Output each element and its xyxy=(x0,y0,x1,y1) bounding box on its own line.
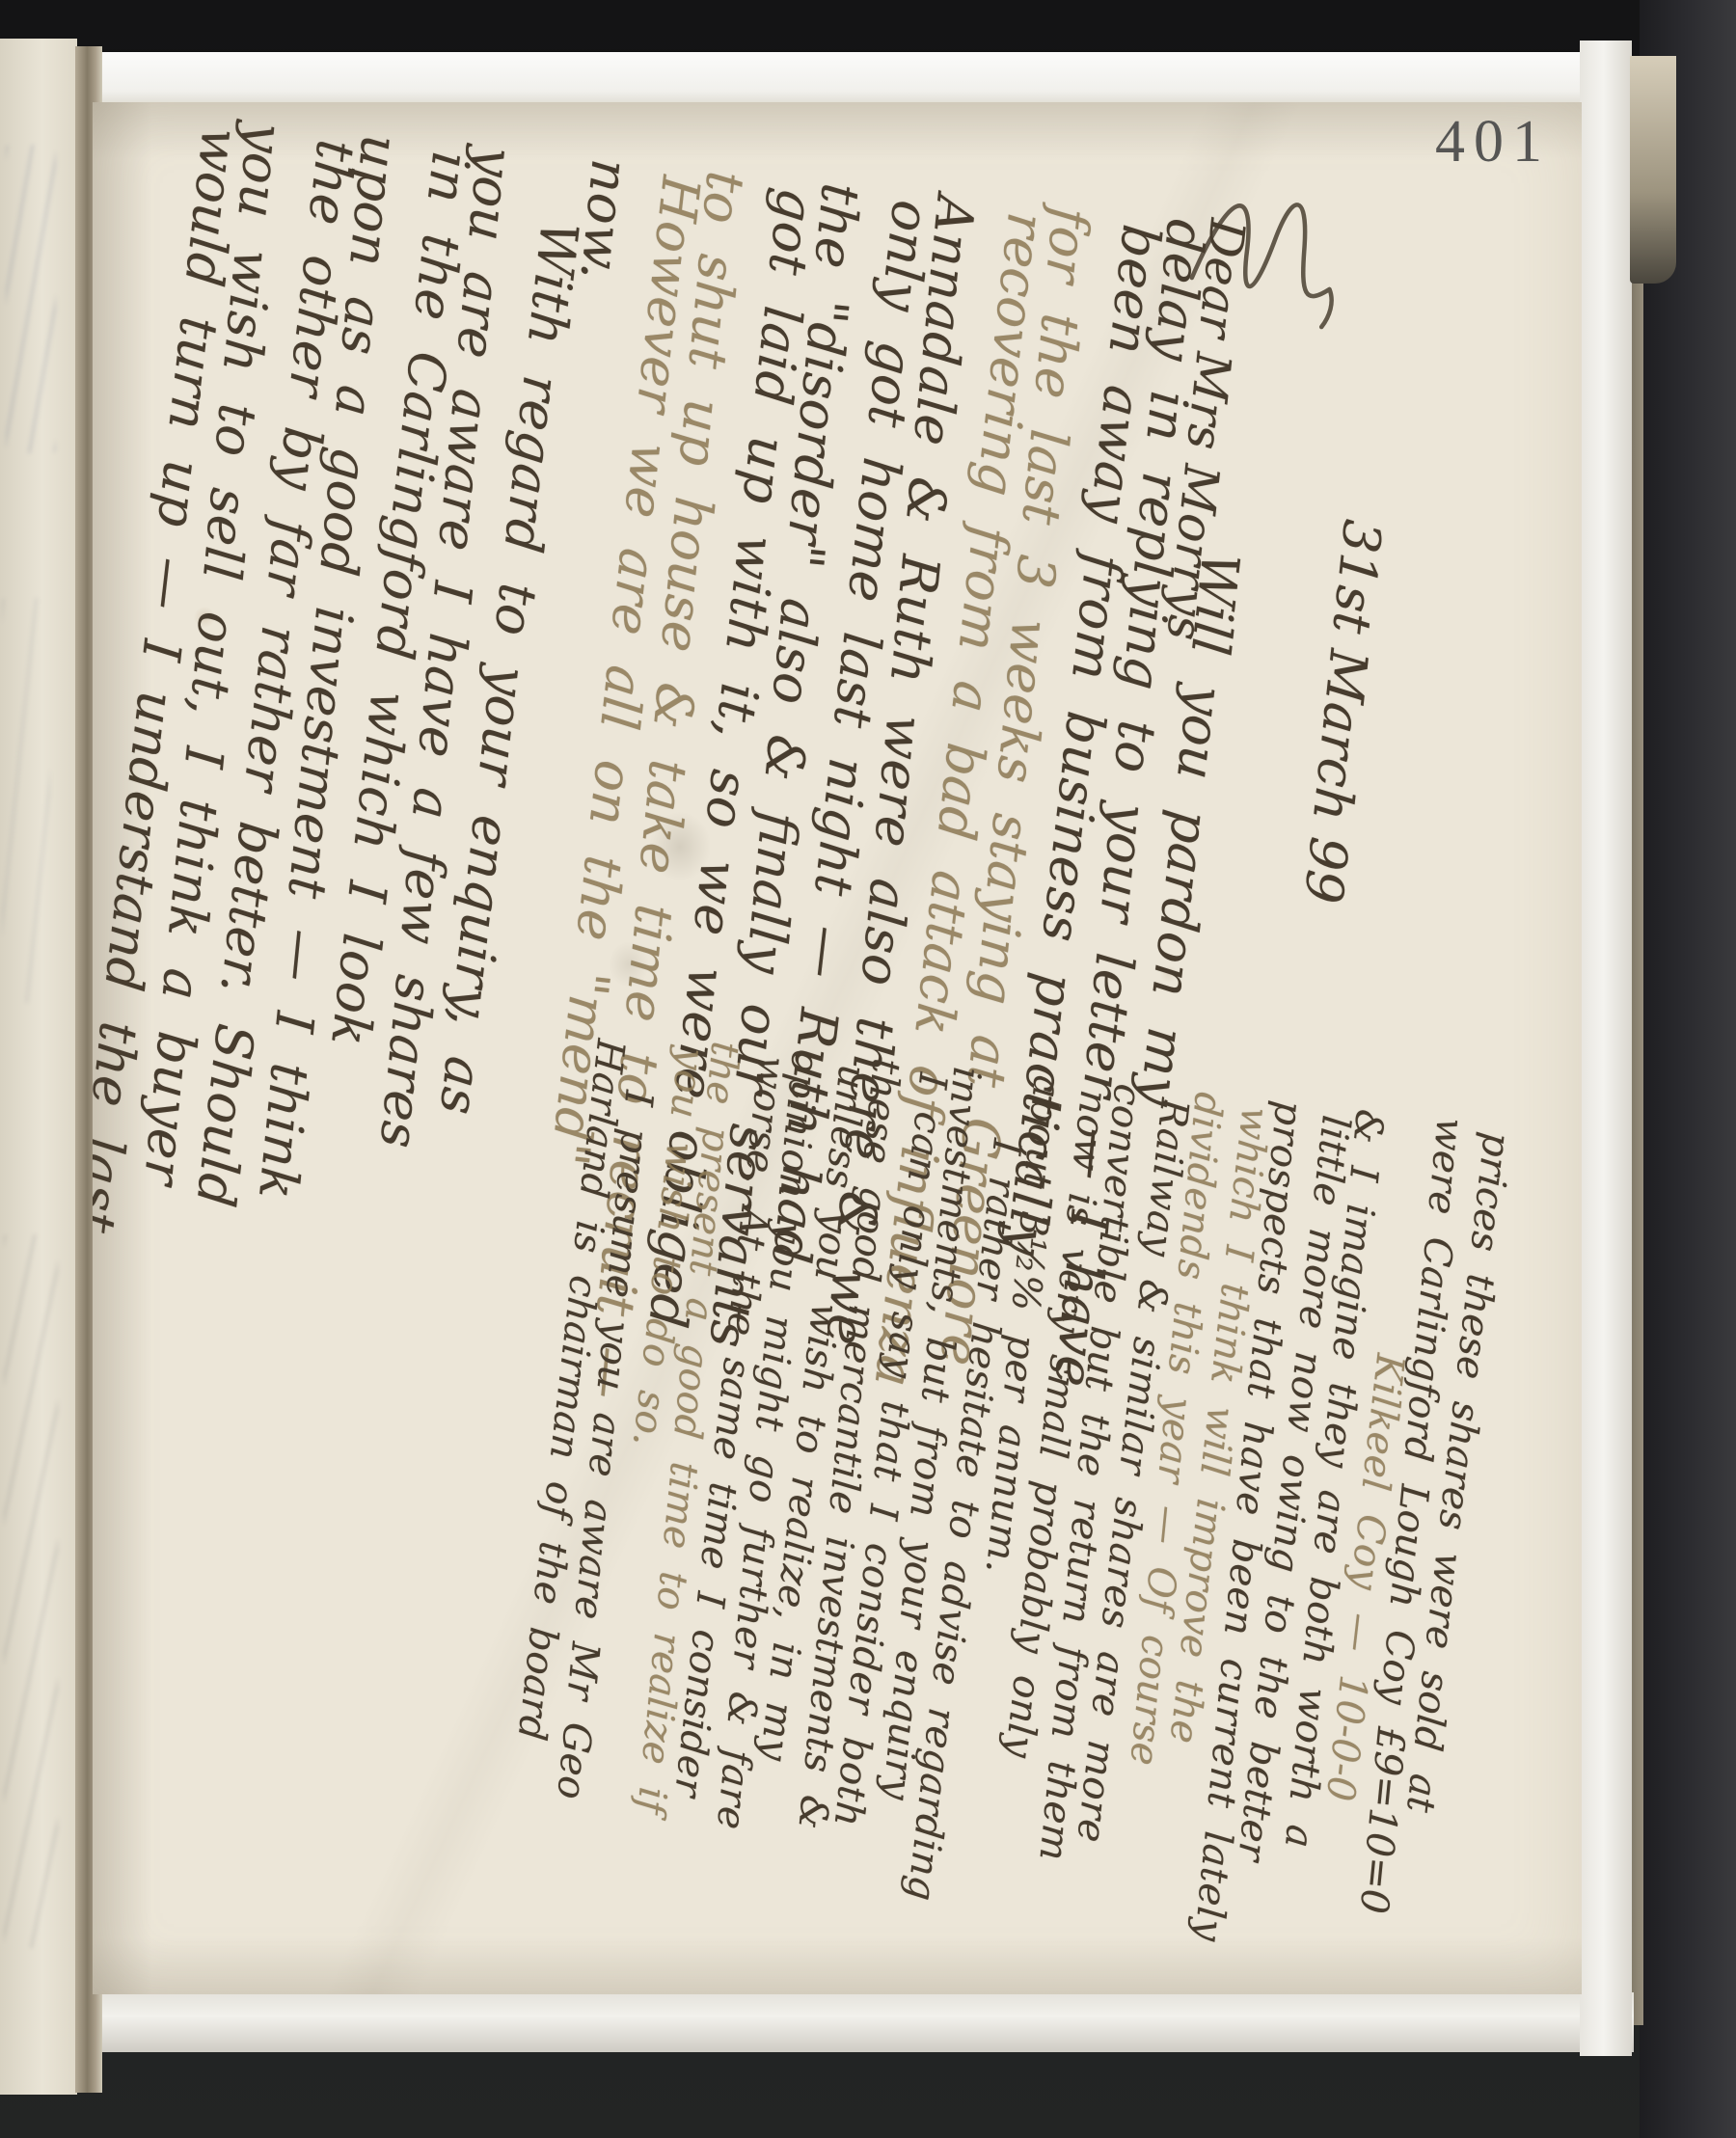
ink-bleedthrough xyxy=(6,145,56,453)
page-stack-edge-bottom xyxy=(50,1992,1634,2052)
page-number-stamp: 401 xyxy=(1435,108,1582,176)
letter-date: 31st March 99 xyxy=(1286,517,1397,936)
letter-body-page2: prices these shares were sold at were Ca… xyxy=(492,1027,1514,1994)
book-cover-right xyxy=(1640,0,1736,2138)
page-stack-edge-top xyxy=(50,52,1632,108)
letter-page: 401 31st March 99 Dear Mrs Morrys Will y… xyxy=(93,102,1582,1994)
ink-bleedthrough xyxy=(2,598,50,1003)
page-stack-edge-right xyxy=(1580,41,1632,2056)
photograph-of-letterbook: { "page_number": "401", "letter": { "dat… xyxy=(0,0,1736,2138)
page-curl-top-right xyxy=(1630,56,1676,284)
ink-bleedthrough xyxy=(4,1234,58,1948)
